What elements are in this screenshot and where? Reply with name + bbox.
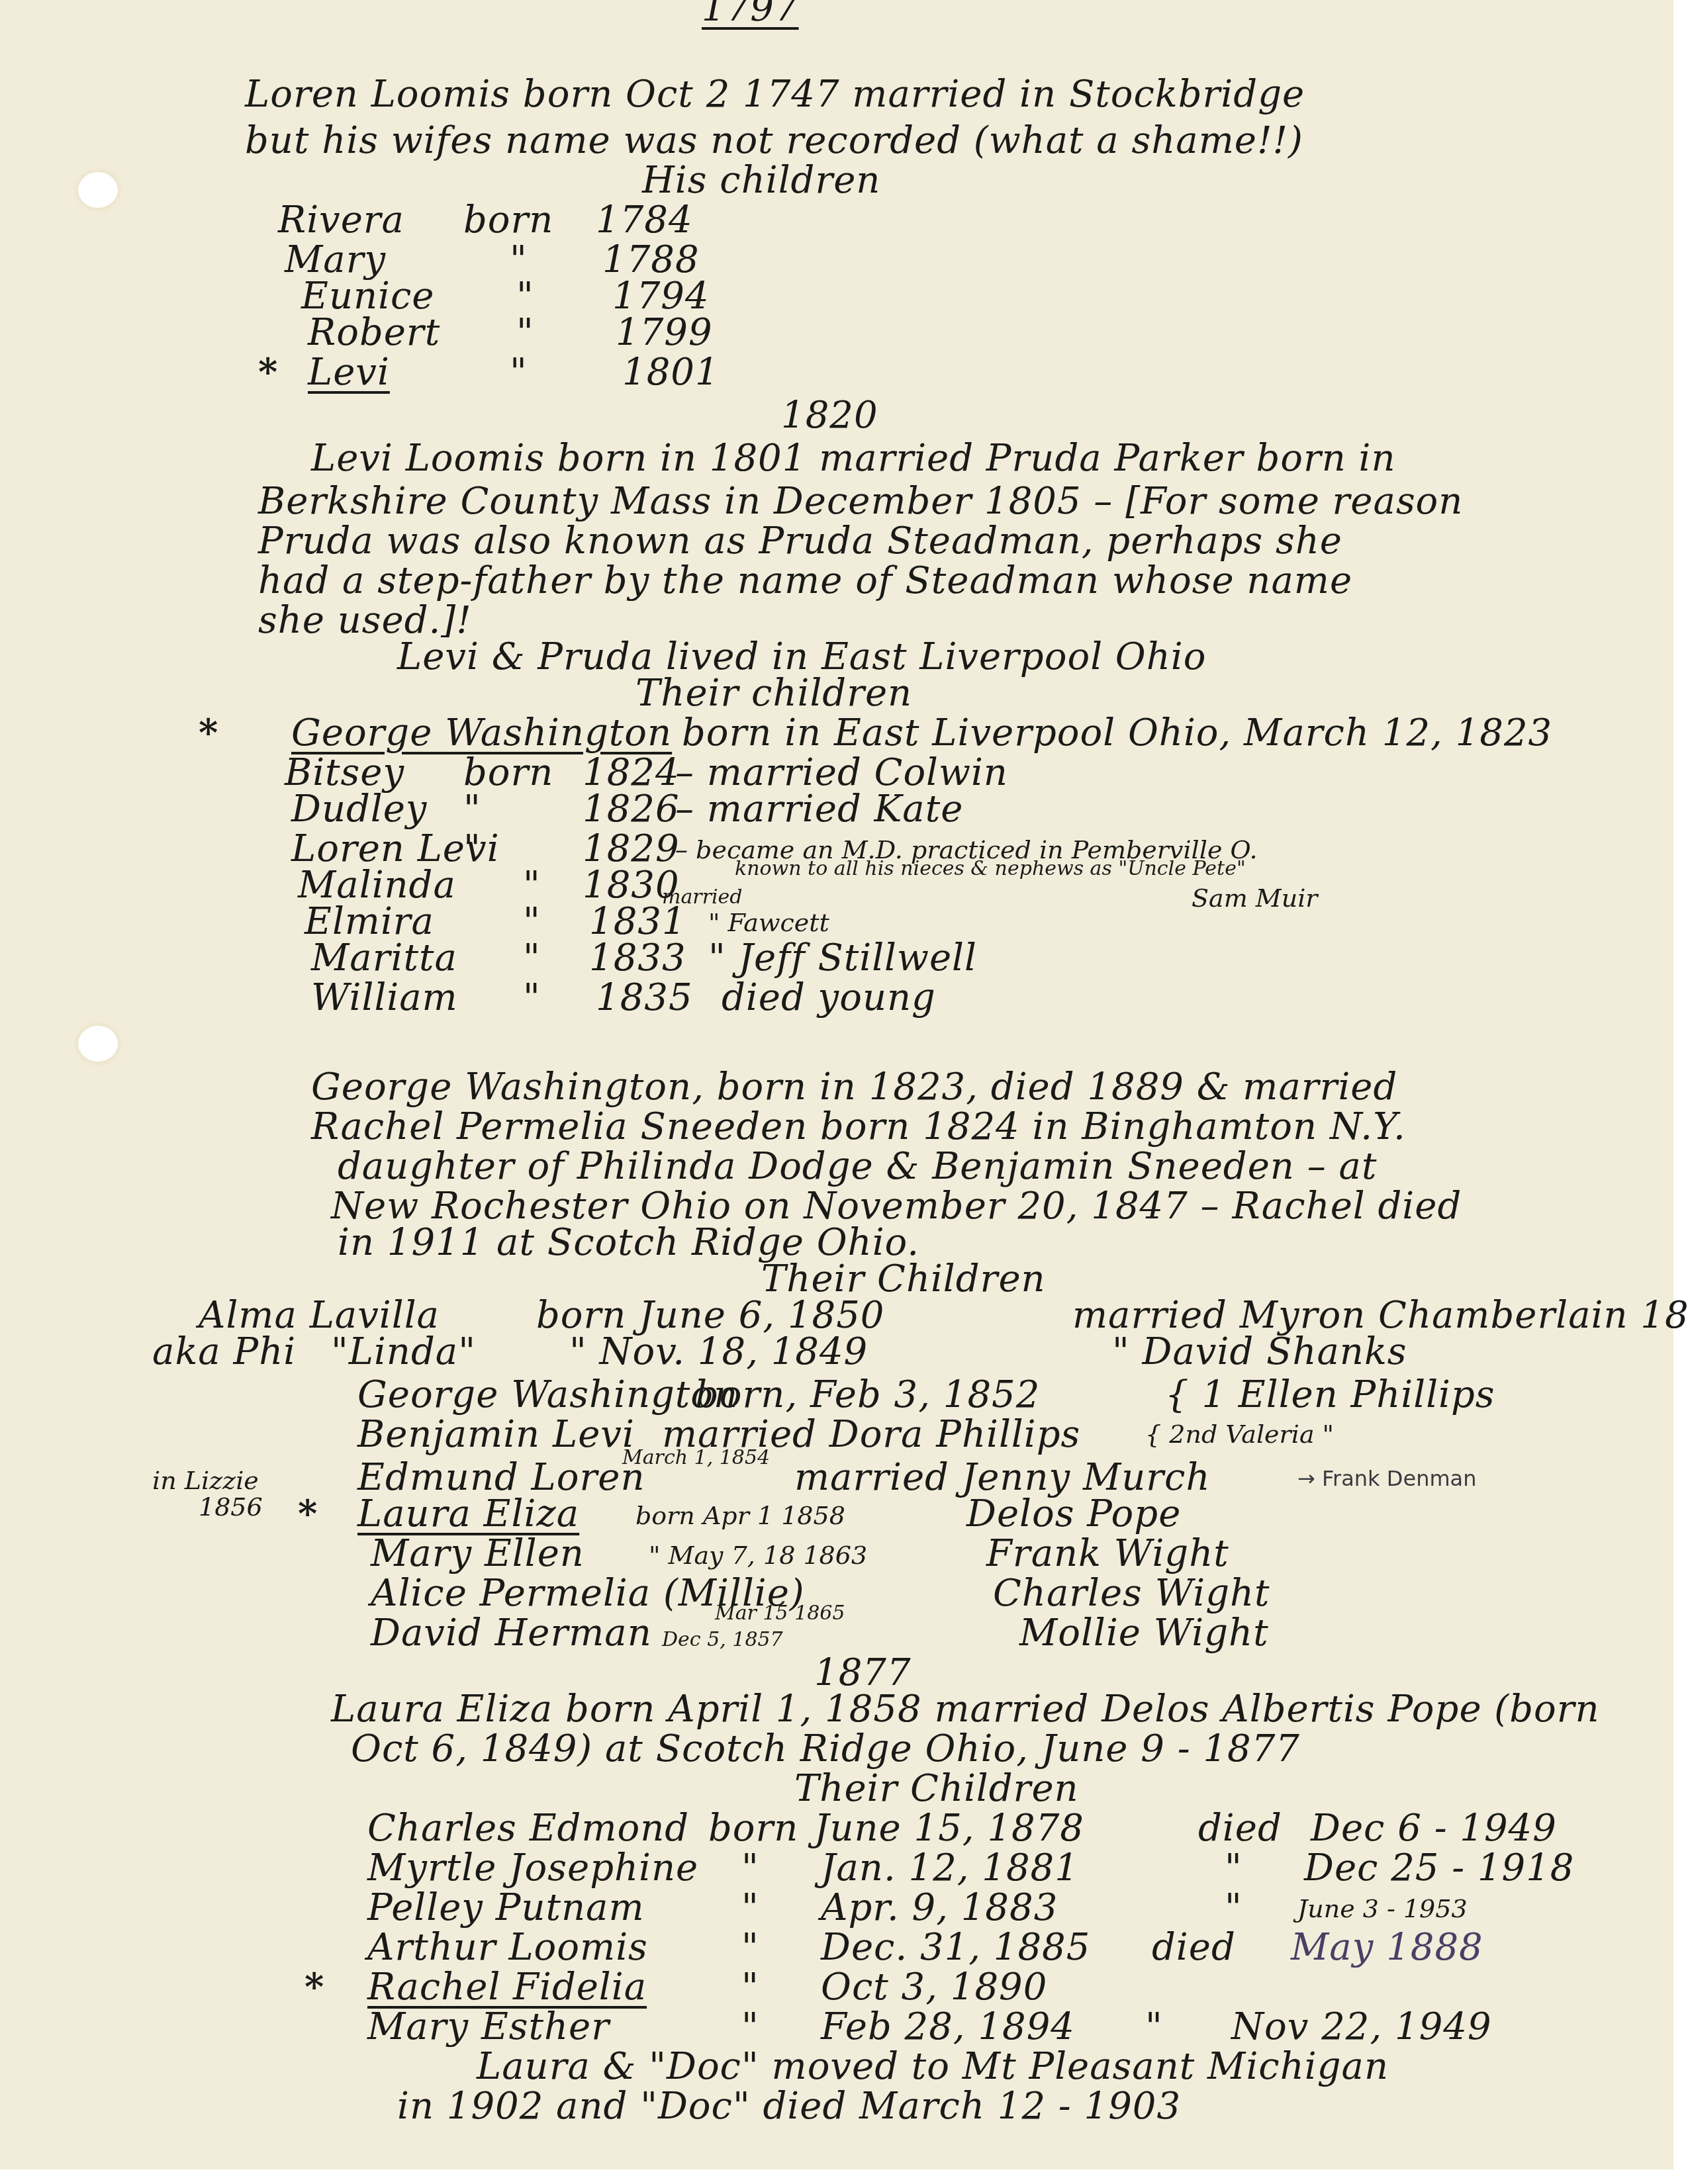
child-name: Dudley (291, 788, 428, 831)
margin-year: 1856 (199, 1492, 263, 1522)
child-birth-date: Apr. 9, 1883 (821, 1886, 1058, 1929)
child-death-date: Dec 25 - 1918 (1304, 1846, 1575, 1889)
child-note: died young (722, 976, 936, 1019)
child-note: " Jeff Stillwell (708, 936, 977, 979)
section2-line4: had a step-father by the name of Steadma… (258, 559, 1352, 602)
child-birth-date: Dec. 31, 1885 (821, 1926, 1090, 1969)
loren-nickname-note: known to all his nieces & nephews as "Un… (735, 857, 1246, 880)
child-spouse: Mollie Wight (1019, 1612, 1269, 1655)
child-born-label: born (463, 199, 553, 242)
star-marker: * (199, 711, 218, 755)
section2-year: 1820 (781, 394, 878, 437)
section4-line1: Laura Eliza born April 1, 1858 married D… (331, 1688, 1600, 1731)
child-name: Rivera (278, 199, 404, 242)
child-name: Mary Esther (367, 2005, 610, 2048)
page-heading: 1797 (702, 0, 799, 30)
child-birth: " May 7, 18 1863 (649, 1541, 867, 1570)
child-year: 1833 (589, 936, 686, 979)
child-birth-detail: born in East Liverpool Ohio, March 12, 1… (682, 711, 1552, 754)
child-name: Pelley Putnam (367, 1886, 645, 1929)
child-birth-date: Jan. 12, 1881 (821, 1846, 1079, 1889)
child-born-label: " (516, 311, 534, 354)
child-spouse: Frank Wight (986, 1532, 1229, 1575)
david-birth-date: Dec 5, 1857 (662, 1628, 783, 1651)
section1-line1: Loren Loomis born Oct 2 1747 married in … (245, 73, 1305, 116)
child-prefix: aka Phi (152, 1330, 296, 1373)
child-birth: " Nov. 18, 1849 (569, 1330, 868, 1373)
child-name: George Washington (357, 1373, 738, 1416)
child-name: Arthur Loomis (367, 1926, 648, 1969)
child-died-label: died (1152, 1926, 1236, 1969)
child-born-label: " (741, 1846, 759, 1889)
alice-birth-date: Mar 15 1865 (715, 1602, 845, 1625)
child-name: Benjamin Levi (357, 1413, 635, 1456)
child-spouse: " David Shanks (1112, 1330, 1407, 1373)
child-spouse: Charles Wight (993, 1572, 1270, 1615)
child-birth: born, Feb 3, 1852 (695, 1373, 1040, 1416)
child-death-date: May 1888 (1291, 1926, 1483, 1969)
child-birth: born Apr 1 1858 (635, 1501, 845, 1530)
child-name: Charles Edmond (367, 1807, 689, 1850)
section3-line3: daughter of Philinda Dodge & Benjamin Sn… (338, 1145, 1377, 1188)
child-note: " Fawcett (708, 908, 829, 937)
child-name: William (311, 976, 458, 1019)
malinda-spouse: Sam Muir (1192, 884, 1318, 913)
child-born-label: " (741, 1966, 759, 2009)
child-year: 1799 (616, 311, 713, 354)
child-born-label: " (463, 827, 481, 870)
child-year: 1835 (596, 976, 693, 1019)
margin-note: in Lizzie (152, 1466, 259, 1495)
child-name: George Washington (291, 711, 672, 754)
child-born-label: " (741, 2005, 759, 2048)
child-name: Laura Eliza (357, 1492, 579, 1535)
child-name: Maritta (311, 936, 457, 979)
closing-line2: in 1902 and "Doc" died March 12 - 1903 (397, 2085, 1181, 2128)
section2-line1: Levi Loomis born in 1801 married Pruda P… (311, 437, 1396, 480)
star-marker: * (298, 1492, 318, 1536)
child-died-label: " (1225, 1886, 1243, 1929)
section1-children-heading: His children (642, 159, 880, 202)
child-name: David Herman (371, 1612, 652, 1655)
child-death-date: Nov 22, 1949 (1231, 2005, 1492, 2048)
star-marker: * (258, 351, 278, 394)
star-marker: * (305, 1966, 324, 2009)
punch-hole (78, 172, 118, 208)
section3-line2: Rachel Permelia Sneeden born 1824 in Bin… (311, 1105, 1406, 1148)
child-born-label: " (523, 976, 541, 1019)
section3-line1: George Washington, born in 1823, died 18… (311, 1066, 1397, 1109)
child-died-label: died (1198, 1807, 1282, 1850)
child-died-label: " (1225, 1846, 1243, 1889)
child-spouse: { 1 Ellen Phillips (1165, 1373, 1495, 1416)
child-spouse: { 2nd Valeria " (1145, 1420, 1334, 1449)
section4-line2: Oct 6, 1849) at Scotch Ridge Ohio, June … (351, 1727, 1300, 1770)
child-name: Rachel Fidelia (367, 1966, 647, 2009)
section1-line2: but his wifes name was not recorded (wha… (245, 119, 1303, 162)
paper-edge (1673, 0, 1688, 2184)
child-birth: married Dora Phillips (662, 1413, 1080, 1456)
child-birth-date: Feb 28, 1894 (821, 2005, 1075, 2048)
child-born-label: " (510, 351, 528, 394)
section2-children-heading: Their children (635, 672, 912, 715)
child-birth-date: June 15, 1878 (814, 1807, 1084, 1850)
paper-bottom-edge (0, 2169, 1688, 2184)
child-spouse: Delos Pope (966, 1492, 1181, 1535)
child-name: Myrtle Josephine (367, 1846, 698, 1889)
child-spouse: → Frank Denman (1297, 1466, 1476, 1491)
child-note: – married Kate (675, 788, 963, 831)
child-name: Robert (308, 311, 440, 354)
child-died-label: " (1145, 2005, 1163, 2048)
child-born-label: " (523, 936, 541, 979)
child-name: Mary Ellen (371, 1532, 585, 1575)
child-death-date: Dec 6 - 1949 (1311, 1807, 1557, 1850)
child-year: 1826 (583, 788, 680, 831)
child-year: 1784 (596, 199, 693, 242)
section4-children-heading: Their Children (794, 1767, 1079, 1810)
child-year: 1801 (622, 351, 720, 394)
section2-line2: Berkshire County Mass in December 1805 –… (258, 480, 1463, 523)
child-born-label: born (708, 1807, 798, 1850)
closing-line1: Laura & "Doc" moved to Mt Pleasant Michi… (477, 2045, 1389, 2088)
child-birth-date: Oct 3, 1890 (821, 1966, 1047, 2009)
child-born-label: " (741, 1886, 759, 1929)
child-born-label: " (463, 788, 481, 831)
child-death-date: June 3 - 1953 (1297, 1894, 1468, 1923)
child-name: "Linda" (331, 1330, 476, 1373)
punch-hole (78, 1026, 118, 1062)
section2-line3: Pruda was also known as Pruda Steadman, … (258, 520, 1342, 563)
child-born-label: " (741, 1926, 759, 1969)
